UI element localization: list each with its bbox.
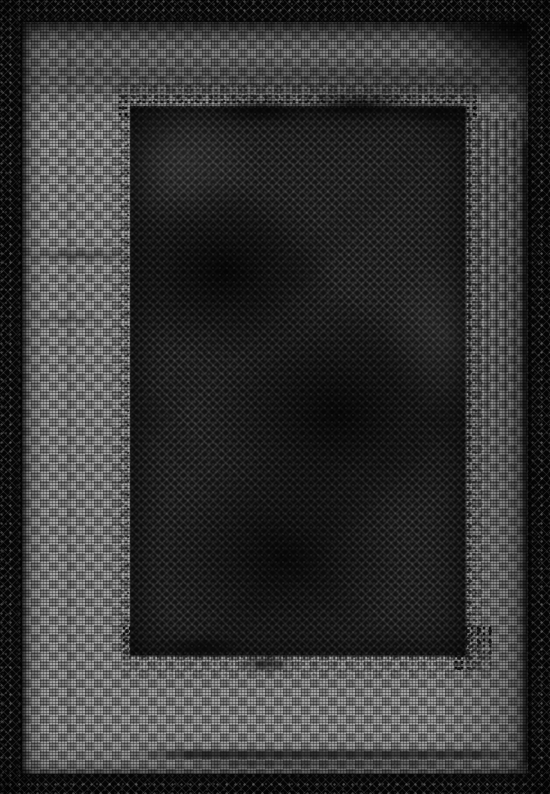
wear-streak-bottom xyxy=(132,750,534,759)
wear-line-vertical-left xyxy=(68,30,70,736)
center-dark-medallion xyxy=(130,106,466,656)
rug-photo xyxy=(0,0,550,794)
ink-blobs-bottom-left xyxy=(140,626,320,680)
wear-line-vertical-right xyxy=(523,142,531,764)
wear-streak-bottom-thin xyxy=(182,761,482,766)
ink-blob-top-right-corner xyxy=(398,22,528,106)
basketweave-field xyxy=(22,22,528,774)
wear-line-left-edge xyxy=(22,22,25,774)
